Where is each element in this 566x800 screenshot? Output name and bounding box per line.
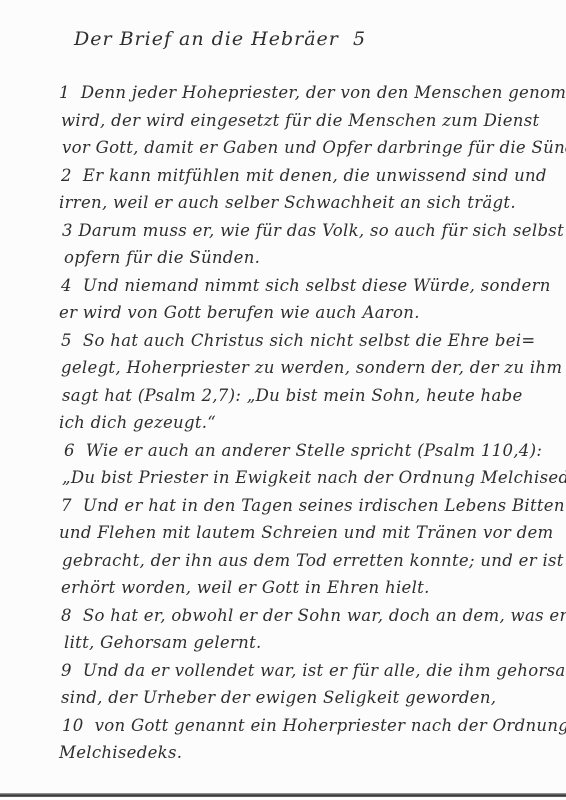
handwritten-line: Melchisedeks. <box>59 739 556 767</box>
handwritten-line: 6 Wie er auch an anderer Stelle spricht … <box>64 437 556 465</box>
scan-edge-line <box>0 793 566 797</box>
handwritten-line: 10 von Gott genannt ein Hoherpriester na… <box>62 712 556 740</box>
handwritten-line: 9 Und da er vollendet war, ist er für al… <box>61 657 556 685</box>
handwritten-line: 7 Und er hat in den Tagen seines irdisch… <box>61 492 556 520</box>
handwritten-line: wird, der wird eingesetzt für die Mensch… <box>61 107 556 135</box>
handwritten-line: 5 So hat auch Christus sich nicht selbst… <box>61 327 556 355</box>
handwritten-line: gelegt, Hoherpriester zu werden, sondern… <box>61 354 556 382</box>
handwritten-line: er wird von Gott berufen wie auch Aaron. <box>59 299 556 327</box>
handwritten-line: sind, der Urheber der ewigen Seligkeit g… <box>61 684 556 712</box>
handwritten-line: irren, weil er auch selber Schwachheit a… <box>59 189 556 217</box>
handwritten-line: 4 Und niemand nimmt sich selbst diese Wü… <box>61 272 556 300</box>
handwritten-line: und Flehen mit lautem Schreien und mit T… <box>59 519 556 547</box>
handwritten-line: 1 Denn jeder Hohepriester, der von den M… <box>59 79 556 107</box>
handwritten-text: 1 Denn jeder Hohepriester, der von den M… <box>61 79 556 767</box>
handwritten-line: 2 Er kann mitfühlen mit denen, die unwis… <box>61 162 556 190</box>
handwritten-line: ich dich gezeugt.“ <box>59 409 556 437</box>
handwritten-line: sagt hat (Psalm 2,7): „Du bist mein Sohn… <box>62 382 556 410</box>
handwritten-line: vor Gott, damit er Gaben und Opfer darbr… <box>62 134 556 162</box>
handwritten-line: erhört worden, weil er Gott in Ehren hie… <box>61 574 556 602</box>
handwritten-line: opfern für die Sünden. <box>64 244 556 272</box>
page-title: Der Brief an die Hebräer 5 <box>74 28 366 50</box>
handwritten-line: litt, Gehorsam gelernt. <box>64 629 556 657</box>
handwritten-line: gebracht, der ihn aus dem Tod erretten k… <box>62 547 556 575</box>
handwritten-line: 3 Darum muss er, wie für das Volk, so au… <box>62 217 556 245</box>
handwritten-line: „Du bist Priester in Ewigkeit nach der O… <box>62 464 556 492</box>
scanned-page: Der Brief an die Hebräer 5 1 Denn jeder … <box>0 0 566 800</box>
handwritten-line: 8 So hat er, obwohl er der Sohn war, doc… <box>61 602 556 630</box>
